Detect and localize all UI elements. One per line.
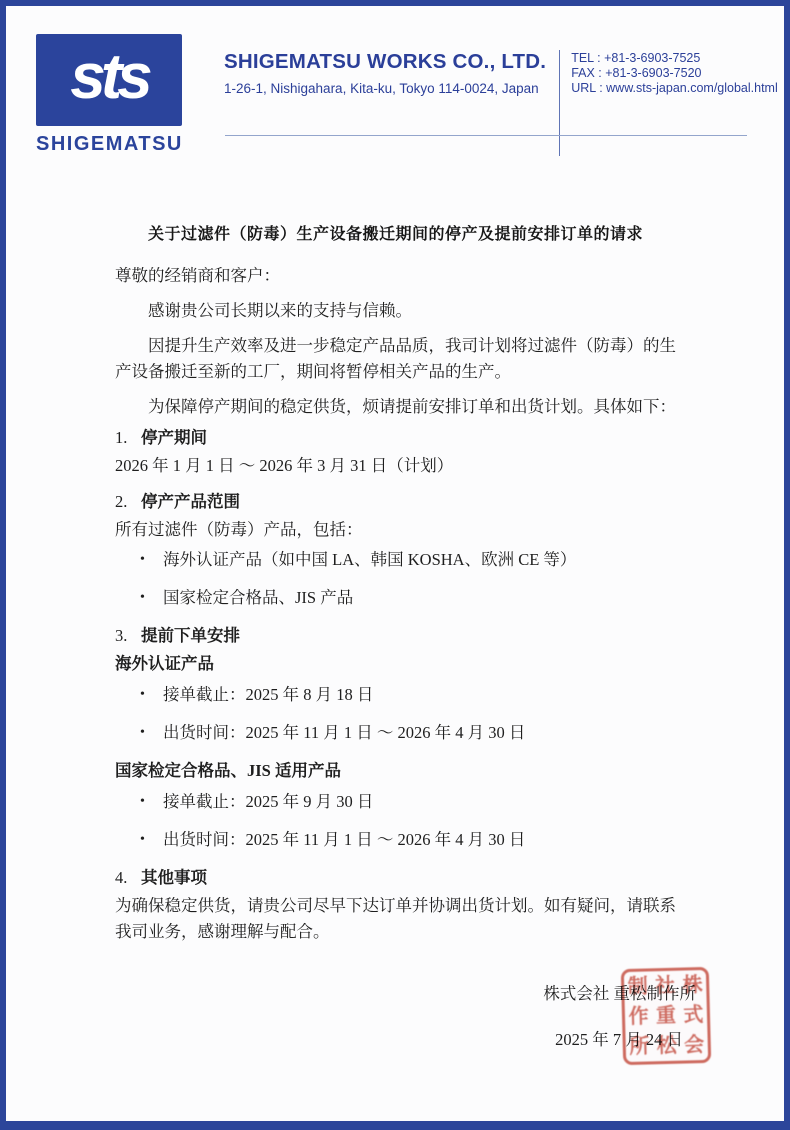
bullet-text-shipping-window-jis: 出货时间：2025 年 11 月 1 日 ～ 2026 年 4 月 30 日 [163,827,676,853]
section-4-heading: 4.其他事项 [115,865,676,891]
letter-body: 关于过滤件（防毒）生产设备搬迁期间的停产及提前安排订单的请求 尊敬的经销商和客户… [6,222,784,945]
section-4-body: 为确保稳定供货，请贵公司尽早下达订单并协调出货计划。如有疑问，请联系我司业务，感… [115,893,676,945]
section-3-title: 提前下单安排 [141,626,240,645]
section-3-number: 3. [115,623,141,649]
section-4-title: 其他事项 [141,868,207,887]
seal-character: 松 [657,1036,678,1057]
seal-character: 株 [682,975,703,996]
section-2-title: 停产产品范围 [141,492,240,511]
bullet-icon: • [140,789,163,815]
bullet-text-order-deadline-jis: 接单截止：2025 年 9 月 30 日 [163,789,676,815]
bullet-icon: • [140,547,163,573]
seal-character: 社 [655,976,676,997]
fax-line: FAX : +81-3-6903-7520 [571,66,778,81]
bullet-icon: • [140,585,163,611]
company-seal-stamp: 制 社 株 作 重 式 所 松 会 [621,967,711,1065]
paragraph-reason: 因提升生产效率及进一步稳定产品品质，我司计划将过滤件（防毒）的生产设备搬迁至新的… [115,333,676,385]
list-item: • 国家检定合格品、JIS 产品 [115,585,676,611]
seal-character: 式 [683,1005,704,1026]
seal-character: 作 [628,1006,649,1027]
logo-text: sts [70,44,148,108]
company-logo: sts SHIGEMATSU [36,34,188,156]
seal-character: 重 [656,1006,677,1027]
list-item: • 出货时间：2025 年 11 月 1 日 ～ 2026 年 4 月 30 日 [115,827,676,853]
letterhead-info: SHIGEMATSU WORKS CO., LTD. 1-26-1, Nishi… [224,34,778,156]
bullet-icon: • [140,720,163,746]
company-column: SHIGEMATSU WORKS CO., LTD. 1-26-1, Nishi… [224,50,546,156]
header-divider [225,135,747,136]
company-name: SHIGEMATSU WORKS CO., LTD. [224,50,546,74]
salutation: 尊敬的经销商和客户： [115,263,676,289]
company-address: 1-26-1, Nishigahara, Kita-ku, Tokyo 114-… [224,81,546,96]
section-1-body: 2026 年 1 月 1 日 ～ 2026 年 3 月 31 日（计划） [115,453,676,479]
section-4-number: 4. [115,865,141,891]
list-item: • 接单截止：2025 年 8 月 18 日 [115,682,676,708]
bullet-text-shipping-window-overseas: 出货时间：2025 年 11 月 1 日 ～ 2026 年 4 月 30 日 [163,720,676,746]
section-2-number: 2. [115,489,141,515]
section-3-heading: 3.提前下单安排 [115,623,676,649]
list-item: • 接单截止：2025 年 9 月 30 日 [115,789,676,815]
section-2-body: 所有过滤件（防毒）产品，包括： [115,517,676,543]
seal-character: 所 [629,1036,650,1057]
section-1-number: 1. [115,425,141,451]
seal-character: 制 [628,976,649,997]
bullet-icon: • [140,827,163,853]
sts-logo-icon: sts [36,34,182,126]
subsection-jis-title: 国家检定合格品、JIS 适用产品 [115,758,676,784]
url-line: URL : www.sts-japan.com/global.html [571,81,778,96]
bullet-text-jis-products: 国家检定合格品、JIS 产品 [163,585,676,611]
section-1-heading: 1.停产期间 [115,425,676,451]
contact-column: TEL : +81-3-6903-7525 FAX : +81-3-6903-7… [559,50,778,156]
logo-caption: SHIGEMATSU [36,133,182,156]
bullet-text-order-deadline-overseas: 接单截止：2025 年 8 月 18 日 [163,682,676,708]
list-item: • 出货时间：2025 年 11 月 1 日 ～ 2026 年 4 月 30 日 [115,720,676,746]
bullet-icon: • [140,682,163,708]
list-item: • 海外认证产品（如中国 LA、韩国 KOSHA、欧洲 CE 等） [115,547,676,573]
letterhead: sts SHIGEMATSU SHIGEMATSU WORKS CO., LTD… [6,6,784,156]
bullet-text-overseas-products: 海外认证产品（如中国 LA、韩国 KOSHA、欧洲 CE 等） [163,547,676,573]
seal-character: 会 [684,1035,705,1056]
paragraph-request: 为保障停产期间的稳定供货，烦请提前安排订单和出货计划。具体如下： [115,394,676,420]
letter-title: 关于过滤件（防毒）生产设备搬迁期间的停产及提前安排订单的请求 [115,222,676,248]
paragraph-thanks: 感谢贵公司长期以来的支持与信赖。 [115,298,676,324]
section-1-title: 停产期间 [141,428,207,447]
subsection-overseas-title: 海外认证产品 [115,651,676,677]
letter-page: sts SHIGEMATSU SHIGEMATSU WORKS CO., LTD… [0,0,790,1130]
tel-line: TEL : +81-3-6903-7525 [571,51,778,66]
section-2-heading: 2.停产产品范围 [115,489,676,515]
